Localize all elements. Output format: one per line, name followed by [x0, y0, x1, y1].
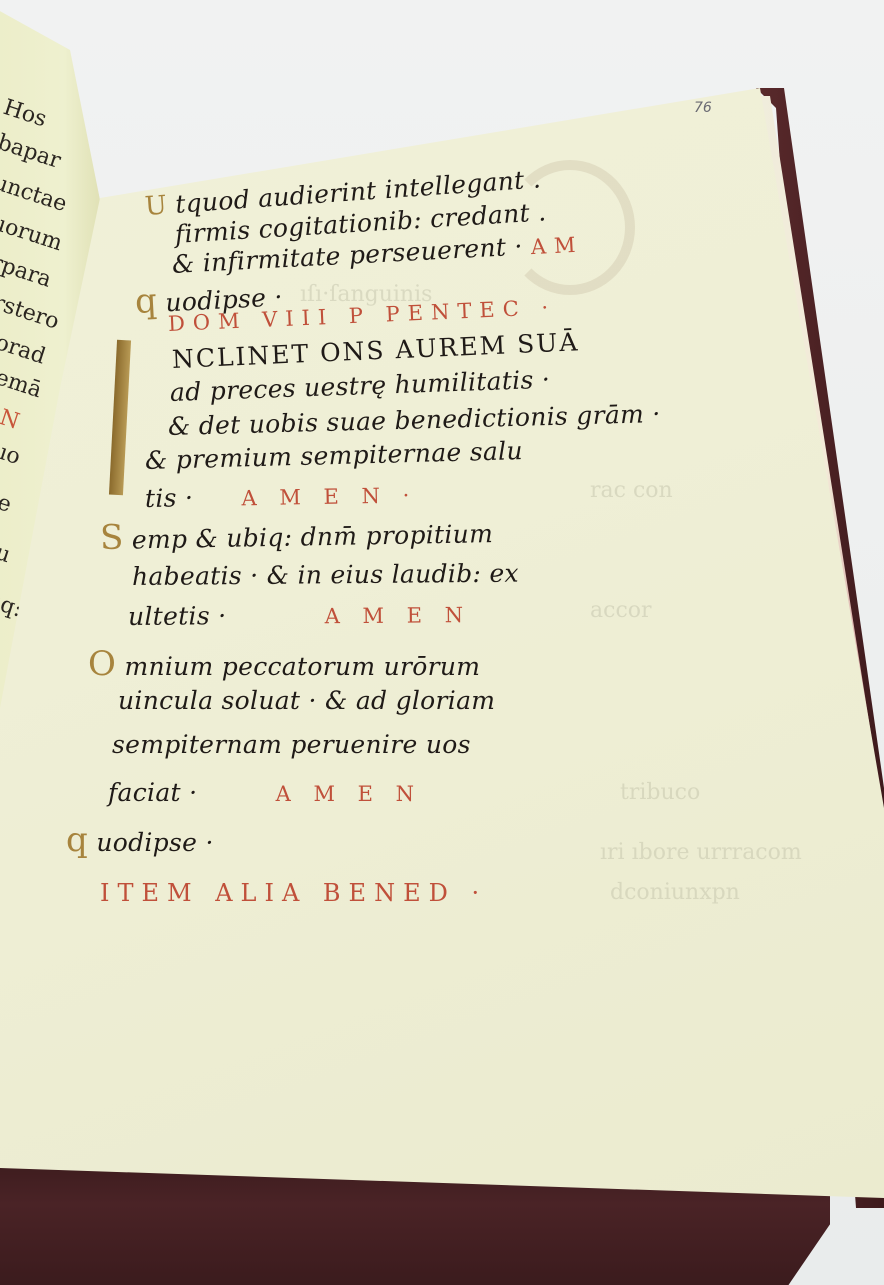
manuscript-line: sempiternam peruenire uos: [112, 730, 471, 759]
line-text: sempiternam peruenire uos: [112, 730, 471, 759]
show-through-text: accor: [590, 598, 652, 623]
line-text: habeatis · & in eius laudib: ex: [132, 559, 519, 591]
initial: q: [134, 281, 158, 322]
line-text: faciat ·: [108, 778, 197, 807]
rubric-heading: ITEM ALIA BENED ·: [100, 878, 487, 907]
manuscript-line: faciat · A M E N: [108, 778, 422, 807]
show-through-text: rac con: [590, 478, 673, 503]
left-fragment: N: [0, 405, 22, 435]
page-number: 76: [694, 100, 712, 116]
left-fragment: orad: [0, 330, 48, 370]
rubric: A M E N ·: [241, 483, 417, 510]
line-text: tis ·: [145, 483, 194, 513]
left-fragment: rstero: [0, 290, 62, 335]
manuscript-line: habeatis · & in eius laudib: ex: [132, 559, 519, 591]
rubric: AM: [530, 232, 584, 259]
left-fragment: ıo: [0, 440, 23, 470]
show-through-text: dconiunxpn: [610, 880, 740, 905]
initial: O: [88, 644, 116, 684]
manuscript-line: q uodipse ·: [66, 820, 214, 860]
line-text: uincula soluat · & ad gloriam: [118, 686, 495, 715]
line-text: uodipse ·: [96, 828, 213, 857]
left-fragment: Hos: [0, 95, 49, 132]
initial: U: [144, 190, 168, 221]
manuscript-line: O mnium peccatorum urōrum: [88, 644, 480, 684]
left-fragment: unctae: [0, 170, 70, 217]
left-fragment: rpara: [0, 250, 54, 293]
left-fragment: e: [0, 490, 14, 518]
line-text: mnium peccatorum urōrum: [124, 652, 480, 681]
rubric: A M E N: [276, 782, 422, 806]
left-fragment: u: [0, 540, 13, 568]
initial: S: [100, 518, 124, 558]
rubric: A M E N: [325, 603, 472, 628]
line-text: ultetis ·: [128, 601, 227, 631]
manuscript-line: tis · A M E N ·: [145, 479, 418, 513]
line-text: emp & ubiq: dnm̄ propitium: [132, 519, 494, 554]
rubric: ITEM ALIA BENED ·: [100, 879, 487, 907]
left-fragment: emā: [0, 365, 45, 403]
manuscript-line: ultetis · A M E N: [128, 599, 471, 631]
show-through-text: tribuco: [620, 780, 700, 805]
manuscript-line: uincula soluat · & ad gloriam: [118, 686, 495, 715]
initial: q: [66, 820, 88, 860]
show-through-text: ıri ıbore urrracom: [600, 840, 802, 865]
manuscript-line: S emp & ubiq: dnm̄ propitium: [100, 511, 494, 558]
left-fragment: bapar: [0, 130, 64, 174]
left-fragment: uorum: [0, 210, 65, 256]
